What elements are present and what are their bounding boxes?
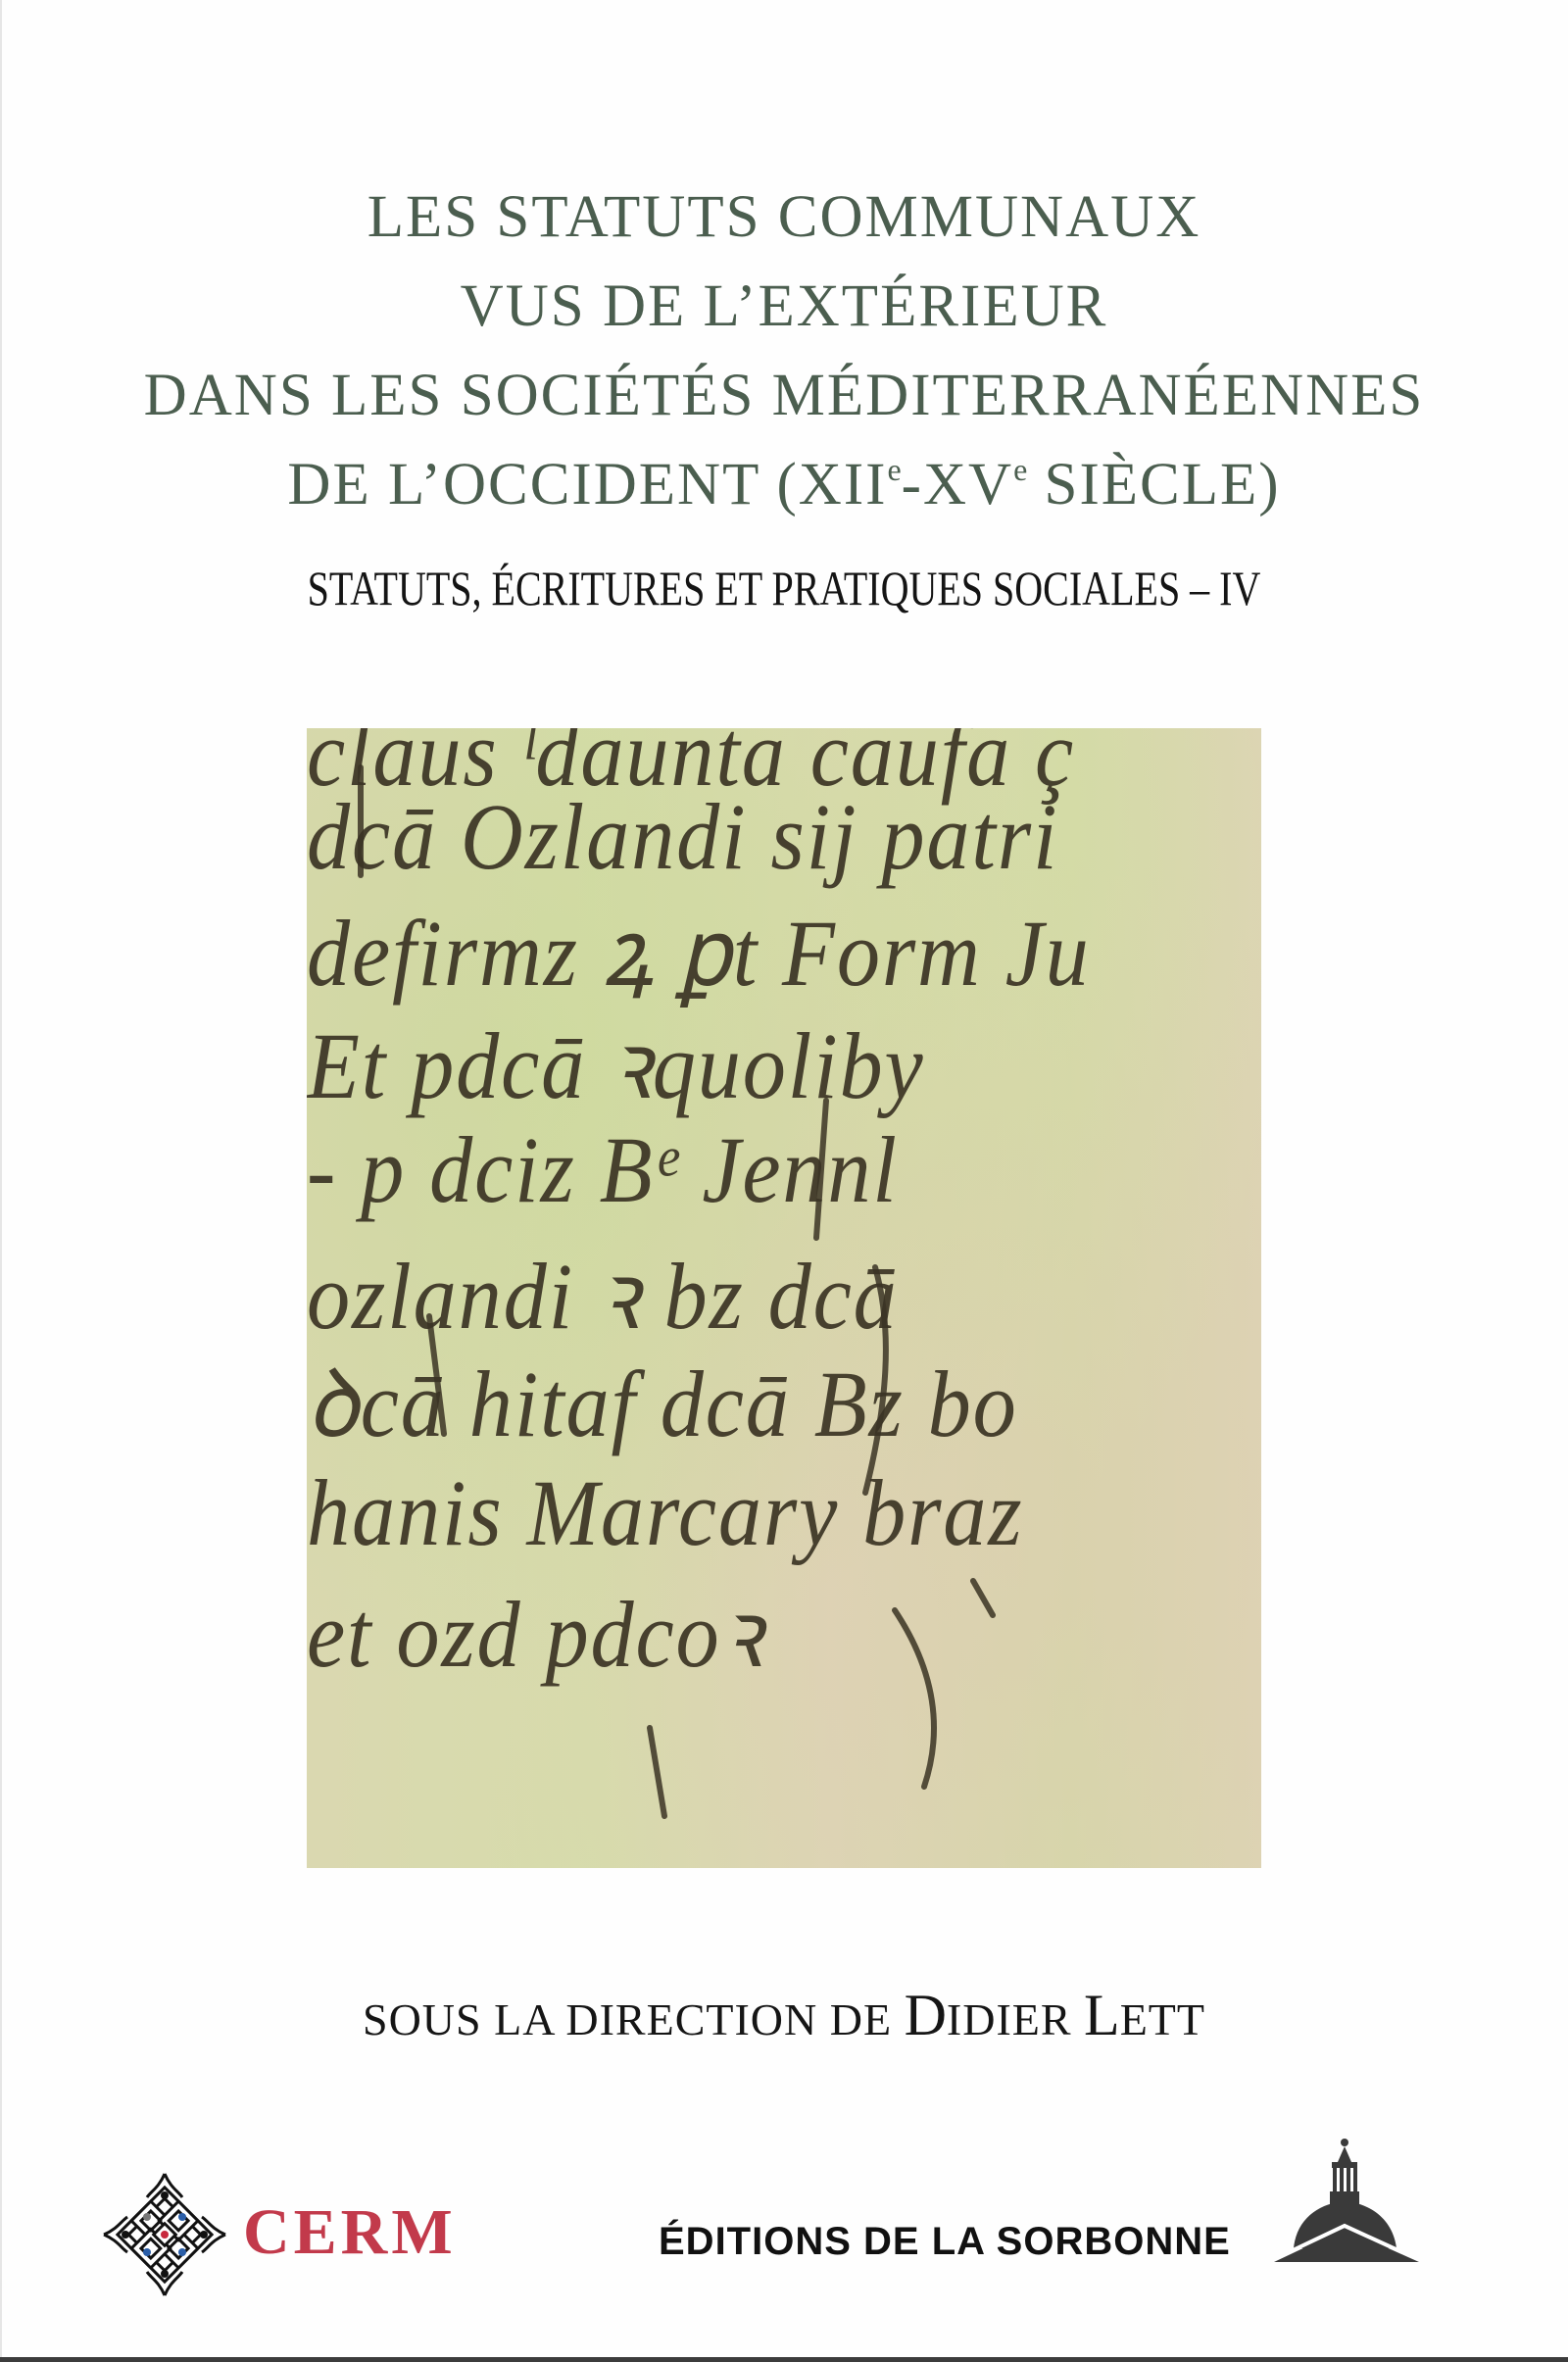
first-name-initial: D [905, 1983, 947, 2047]
title-line-4: DE L’OCCIDENT (XIIe-XVe SIÈCLE) [0, 440, 1568, 538]
cover-bottom-edge [0, 2357, 1568, 2362]
editor-credit: SOUS LA DIRECTION DE DIDIER LETT [0, 1982, 1568, 2049]
cerm-knot-icon [102, 2172, 227, 2297]
first-name-rest: IDIER [947, 1994, 1084, 2044]
title-line-4-suffix: SIÈCLE) [1027, 452, 1280, 517]
publisher-name: ÉDITIONS DE LA SORBONNE [659, 2217, 1231, 2266]
superscript-e: e [1013, 452, 1027, 487]
title-line-4-prefix: DE L’OCCIDENT (XII [287, 452, 887, 517]
book-cover: LES STATUTS COMMUNAUX VUS DE L’EXTÉRIEUR… [0, 0, 1568, 2362]
superscript-e: e [887, 452, 901, 487]
manuscript-strokes [307, 728, 1261, 1868]
last-name-rest: ETT [1120, 1994, 1205, 2044]
title-line-1: LES STATUTS COMMUNAUX [0, 172, 1568, 262]
title-line-3: DANS LES SOCIÉTÉS MÉDITERRANÉENNES [0, 351, 1568, 440]
cerm-logo-text: CERM [243, 2193, 457, 2272]
credit-prefix: SOUS LA DIRECTION DE [363, 1994, 905, 2044]
series-label: STATUTS, ÉCRITURES ET PRATIQUES SOCIALES… [308, 559, 1261, 617]
sorbonne-dome-icon [1259, 2125, 1426, 2272]
title-line-2: VUS DE L’EXTÉRIEUR [0, 262, 1568, 351]
last-name-initial: L [1084, 1983, 1120, 2047]
series-subtitle: STATUTS, ÉCRITURES ET PRATIQUES SOCIALES… [0, 559, 1568, 617]
book-title: LES STATUTS COMMUNAUX VUS DE L’EXTÉRIEUR… [0, 172, 1568, 538]
manuscript-image: claus ˡdaunta caufa ç dcā Ozlandi sij pa… [307, 728, 1261, 1868]
title-line-4-mid: -XV [902, 452, 1013, 517]
